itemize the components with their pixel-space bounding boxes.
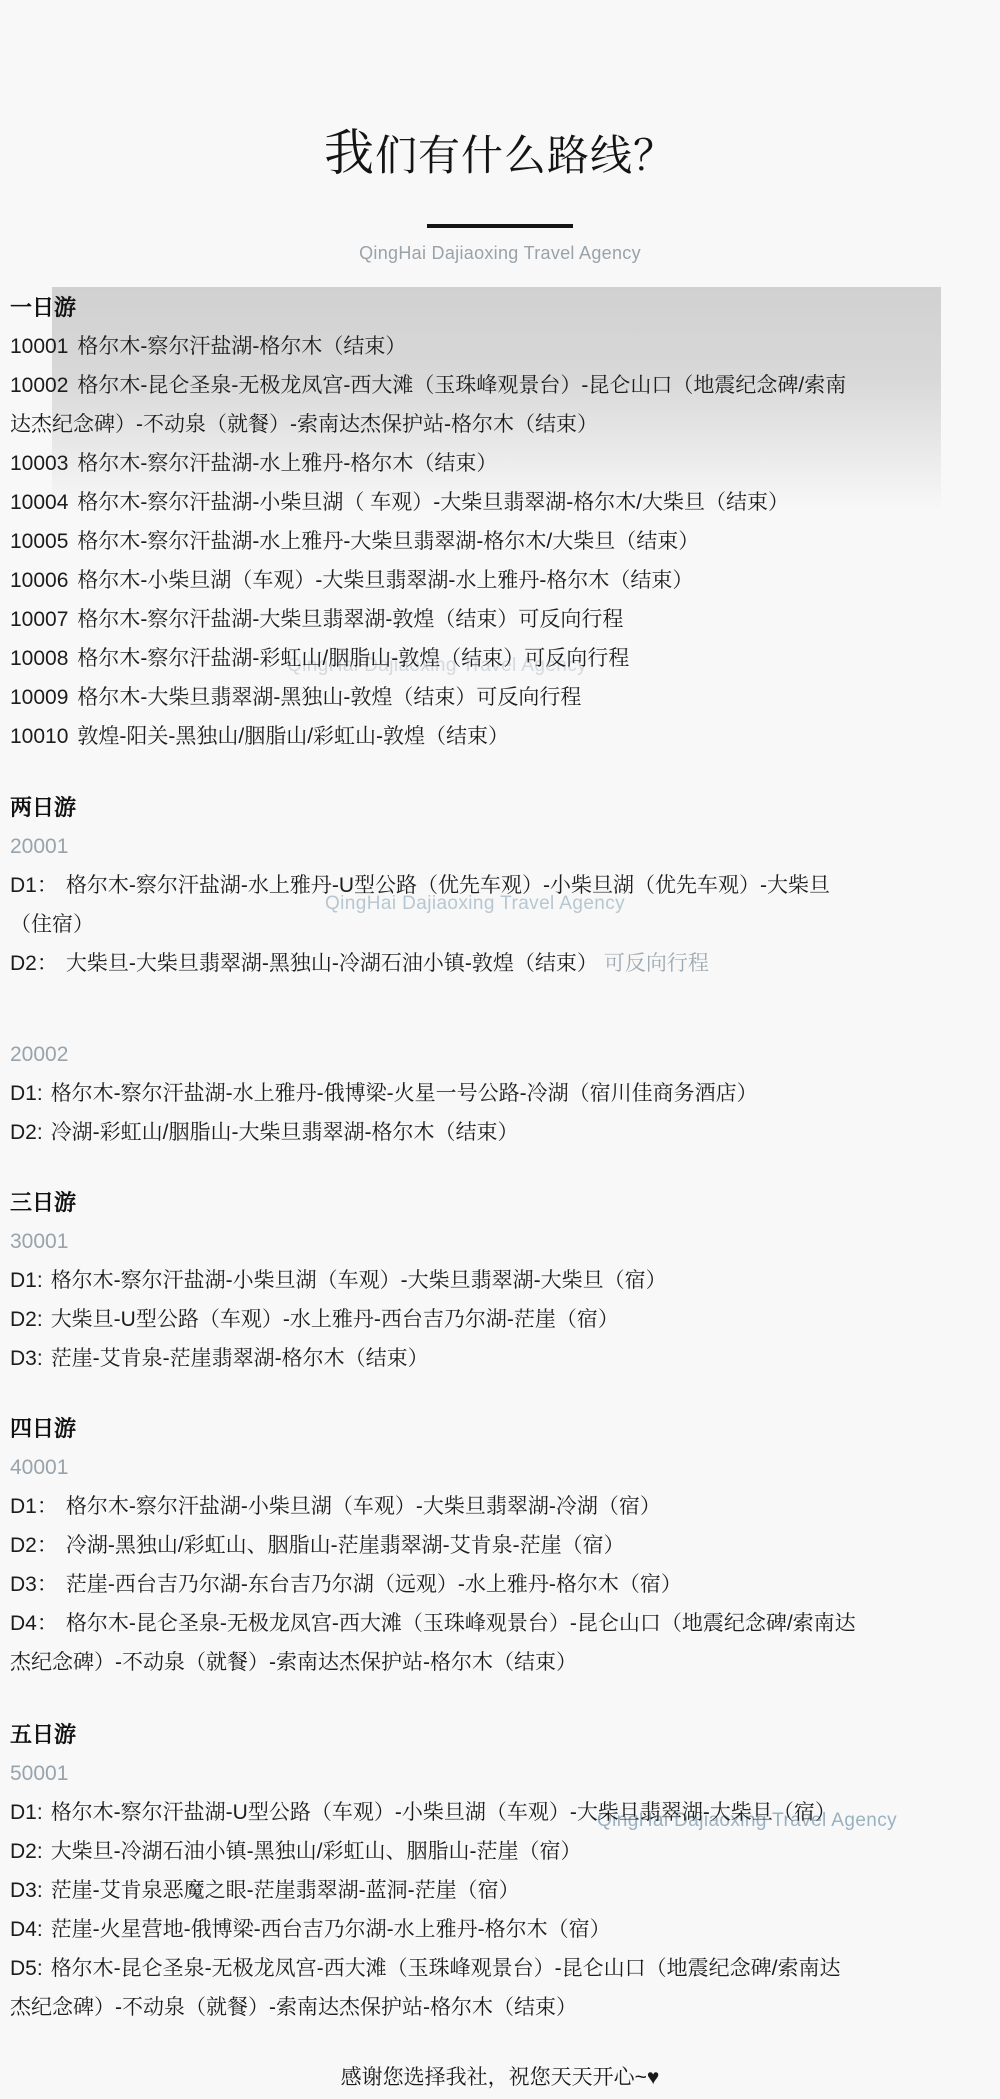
route-group-50001: 50001D1:格尔木-察尔汗盐湖-U型公路（车观）-小柴旦湖（车观）-大柴旦翡… bbox=[10, 1754, 964, 2027]
day-line: D2:冷湖-彩虹山/胭脂山-大柴旦翡翠湖-格尔木（结束） bbox=[10, 1113, 964, 1152]
day-line: D1:格尔木-察尔汗盐湖-小柴旦湖（车观）-大柴旦翡翠湖-大柴旦（宿） bbox=[10, 1261, 964, 1300]
day-label: D1: bbox=[10, 1082, 43, 1105]
section-heading: 四日游 bbox=[10, 1409, 964, 1448]
route-code-inline: 10010 bbox=[10, 725, 68, 748]
day-label: D3： bbox=[10, 1573, 58, 1596]
day-line: D1:格尔木-察尔汗盐湖-U型公路（车观）-小柴旦湖（车观）-大柴旦翡翠湖-大柴… bbox=[10, 1793, 964, 1832]
day-line: 杰纪念碑）-不动泉（就餐）-索南达杰保护站-格尔木（结束） bbox=[10, 1643, 964, 1682]
day-label: D1： bbox=[10, 874, 58, 897]
route-text: 格尔木-小柴旦湖（车观）-大柴旦翡翠湖-水上雅丹-格尔木（结束） bbox=[77, 569, 693, 592]
route-line: 10002格尔木-昆仑圣泉-无极龙凤宫-西大滩（玉珠峰观景台）-昆仑山口（地震纪… bbox=[10, 366, 964, 405]
day-line: （住宿） bbox=[10, 905, 964, 944]
day-line: D2：冷湖-黑独山/彩虹山、胭脂山-茫崖翡翠湖-艾肯泉-茫崖（宿） bbox=[10, 1526, 964, 1565]
route-code-inline: 10004 bbox=[10, 491, 68, 514]
tour-section-5: 五日游50001D1:格尔木-察尔汗盐湖-U型公路（车观）-小柴旦湖（车观）-大… bbox=[10, 1715, 964, 2027]
day-label: D1: bbox=[10, 1801, 43, 1824]
page-title-lead-char: 我 bbox=[324, 125, 375, 181]
day-line: D4:茫崖-火星营地-俄博梁-西台吉乃尔湖-水上雅丹-格尔木（宿） bbox=[10, 1910, 964, 1949]
route-text: 敦煌-阳关-黑独山/胭脂山/彩虹山-敦煌（结束） bbox=[77, 725, 509, 748]
route-code-inline: 10002 bbox=[10, 374, 68, 397]
route-line: 达杰纪念碑）-不动泉（就餐）-索南达杰保护站-格尔木（结束） bbox=[10, 405, 964, 444]
route-line: 10007格尔木-察尔汗盐湖-大柴旦翡翠湖-敦煌（结束）可反向行程 bbox=[10, 600, 964, 639]
route-code-inline: 10009 bbox=[10, 686, 68, 709]
day-label: D3: bbox=[10, 1347, 43, 1370]
route-line: 10001格尔木-察尔汗盐湖-格尔木（结束） bbox=[10, 327, 964, 366]
day-label: D4： bbox=[10, 1612, 58, 1635]
day-line: D1：格尔木-察尔汗盐湖-水上雅丹-U型公路（优先车观）-小柴旦湖（优先车观）-… bbox=[10, 866, 964, 905]
footer-text: 感谢您选择我社，祝您天天开心~ bbox=[341, 2066, 647, 2089]
day-label: D5: bbox=[10, 1957, 43, 1980]
day-text: 杰纪念碑）-不动泉（就餐）-索南达杰保护站-格尔木（结束） bbox=[10, 1651, 577, 1674]
day-line: D3:茫崖-艾肯泉-茫崖翡翠湖-格尔木（结束） bbox=[10, 1339, 964, 1378]
route-line: 10010敦煌-阳关-黑独山/胭脂山/彩虹山-敦煌（结束） bbox=[10, 717, 964, 756]
route-code-inline: 10005 bbox=[10, 530, 68, 553]
route-code: 20001 bbox=[10, 827, 964, 866]
route-code: 20002 bbox=[10, 1035, 964, 1074]
day-label: D2: bbox=[10, 1840, 43, 1863]
day-label: D2: bbox=[10, 1308, 43, 1331]
route-text: 格尔木-昆仑圣泉-无极龙凤宫-西大滩（玉珠峰观景台）-昆仑山口（地震纪念碑/索南 bbox=[77, 374, 846, 397]
day-text: 格尔木-察尔汗盐湖-小柴旦湖（车观）-大柴旦翡翠湖-大柴旦（宿） bbox=[51, 1269, 667, 1292]
day-text: 茫崖-西台吉乃尔湖-东台吉乃尔湖（远观）-水上雅丹-格尔木（宿） bbox=[66, 1573, 682, 1596]
route-text: 格尔木-察尔汗盐湖-小柴旦湖（ 车观）-大柴旦翡翠湖-格尔木/大柴旦（结束） bbox=[77, 491, 789, 514]
day-line: D1:格尔木-察尔汗盐湖-水上雅丹-俄博梁-火星一号公路-冷湖（宿川佳商务酒店） bbox=[10, 1074, 964, 1113]
day-text: 大柴旦-冷湖石油小镇-黑独山/彩虹山、胭脂山-茫崖（宿） bbox=[51, 1840, 582, 1863]
route-line: 10008格尔木-察尔汗盐湖-彩虹山/胭脂山-敦煌（结束）可反向行程 bbox=[10, 639, 964, 678]
section-heading: 五日游 bbox=[10, 1715, 964, 1754]
route-code-inline: 10001 bbox=[10, 335, 68, 358]
day-text: 茫崖-艾肯泉恶魔之眼-茫崖翡翠湖-蓝洞-茫崖（宿） bbox=[51, 1879, 520, 1902]
section-heading: 两日游 bbox=[10, 788, 964, 827]
route-code-inline: 10006 bbox=[10, 569, 68, 592]
route-code-inline: 10008 bbox=[10, 647, 68, 670]
day-text: 大柴旦-U型公路（车观）-水上雅丹-西台吉乃尔湖-茫崖（宿） bbox=[51, 1308, 619, 1331]
footer-message: 感谢您选择我社，祝您天天开心~♥ bbox=[0, 2063, 1000, 2093]
day-text: 杰纪念碑）-不动泉（就餐）-索南达杰保护站-格尔木（结束） bbox=[10, 1996, 577, 2019]
route-text: 格尔木-察尔汗盐湖-大柴旦翡翠湖-敦煌（结束）可反向行程 bbox=[77, 608, 623, 631]
route-line: 10009格尔木-大柴旦翡翠湖-黑独山-敦煌（结束）可反向行程 bbox=[10, 678, 964, 717]
day-label: D1： bbox=[10, 1495, 58, 1518]
day-label: D1: bbox=[10, 1269, 43, 1292]
route-code: 50001 bbox=[10, 1754, 964, 1793]
route-code: 30001 bbox=[10, 1222, 964, 1261]
route-list-page: QingHai Dajiaoxing Travel Agency QingHai… bbox=[0, 0, 1000, 2099]
route-text: 格尔木-察尔汗盐湖-格尔木（结束） bbox=[77, 335, 406, 358]
day-text: 格尔木-察尔汗盐湖-U型公路（车观）-小柴旦湖（车观）-大柴旦翡翠湖-大柴旦（宿… bbox=[51, 1801, 836, 1824]
day-label: D3: bbox=[10, 1879, 43, 1902]
route-text: 达杰纪念碑）-不动泉（就餐）-索南达杰保护站-格尔木（结束） bbox=[10, 413, 598, 436]
title-divider bbox=[427, 224, 573, 228]
day-text: 大柴旦-大柴旦翡翠湖-黑独山-冷湖石油小镇-敦煌（结束） bbox=[66, 952, 598, 975]
tour-section-3: 三日游30001D1:格尔木-察尔汗盐湖-小柴旦湖（车观）-大柴旦翡翠湖-大柴旦… bbox=[10, 1183, 964, 1378]
day-text: 格尔木-昆仑圣泉-无极龙凤宫-西大滩（玉珠峰观景台）-昆仑山口（地震纪念碑/索南… bbox=[66, 1612, 856, 1635]
day-label: D2： bbox=[10, 1534, 58, 1557]
sections: 一日游10001格尔木-察尔汗盐湖-格尔木（结束）10002格尔木-昆仑圣泉-无… bbox=[0, 288, 1000, 2027]
route-line: 10004格尔木-察尔汗盐湖-小柴旦湖（ 车观）-大柴旦翡翠湖-格尔木/大柴旦（… bbox=[10, 483, 964, 522]
route-line: 10003格尔木-察尔汗盐湖-水上雅丹-格尔木（结束） bbox=[10, 444, 964, 483]
day-text: 格尔木-察尔汗盐湖-小柴旦湖（车观）-大柴旦翡翠湖-冷湖（宿） bbox=[66, 1495, 661, 1518]
day-text: 格尔木-察尔汗盐湖-水上雅丹-俄博梁-火星一号公路-冷湖（宿川佳商务酒店） bbox=[51, 1082, 758, 1105]
route-line: 10005格尔木-察尔汗盐湖-水上雅丹-大柴旦翡翠湖-格尔木/大柴旦（结束） bbox=[10, 522, 964, 561]
day-line: D2:大柴旦-U型公路（车观）-水上雅丹-西台吉乃尔湖-茫崖（宿） bbox=[10, 1300, 964, 1339]
day-line: D4：格尔木-昆仑圣泉-无极龙凤宫-西大滩（玉珠峰观景台）-昆仑山口（地震纪念碑… bbox=[10, 1604, 964, 1643]
reversible-note: 可反向行程 bbox=[604, 952, 709, 975]
route-text: 格尔木-察尔汗盐湖-水上雅丹-大柴旦翡翠湖-格尔木/大柴旦（结束） bbox=[77, 530, 699, 553]
content: 我们有什么路线？ QingHai Dajiaoxing Travel Agenc… bbox=[0, 0, 1000, 2093]
tour-section-2: 两日游20001D1：格尔木-察尔汗盐湖-水上雅丹-U型公路（优先车观）-小柴旦… bbox=[10, 788, 964, 1152]
tour-section-1: 一日游10001格尔木-察尔汗盐湖-格尔木（结束）10002格尔木-昆仑圣泉-无… bbox=[10, 288, 964, 756]
day-label: D4: bbox=[10, 1918, 43, 1941]
route-code-inline: 10007 bbox=[10, 608, 68, 631]
day-text: 茫崖-火星营地-俄博梁-西台吉乃尔湖-水上雅丹-格尔木（宿） bbox=[51, 1918, 611, 1941]
day-line: D5:格尔木-昆仑圣泉-无极龙凤宫-西大滩（玉珠峰观景台）-昆仑山口（地震纪念碑… bbox=[10, 1949, 964, 1988]
route-line: 10006格尔木-小柴旦湖（车观）-大柴旦翡翠湖-水上雅丹-格尔木（结束） bbox=[10, 561, 964, 600]
route-group-20002: 20002D1:格尔木-察尔汗盐湖-水上雅丹-俄博梁-火星一号公路-冷湖（宿川佳… bbox=[10, 1035, 964, 1152]
day-line: D3:茫崖-艾肯泉恶魔之眼-茫崖翡翠湖-蓝洞-茫崖（宿） bbox=[10, 1871, 964, 1910]
day-text: 茫崖-艾肯泉-茫崖翡翠湖-格尔木（结束） bbox=[51, 1347, 429, 1370]
route-code: 40001 bbox=[10, 1448, 964, 1487]
route-code-inline: 10003 bbox=[10, 452, 68, 475]
heart-icon: ♥ bbox=[647, 2066, 659, 2089]
day-line: D2:大柴旦-冷湖石油小镇-黑独山/彩虹山、胭脂山-茫崖（宿） bbox=[10, 1832, 964, 1871]
day-line: 杰纪念碑）-不动泉（就餐）-索南达杰保护站-格尔木（结束） bbox=[10, 1988, 964, 2027]
route-group-40001: 40001D1：格尔木-察尔汗盐湖-小柴旦湖（车观）-大柴旦翡翠湖-冷湖（宿）D… bbox=[10, 1448, 964, 1682]
section-heading: 三日游 bbox=[10, 1183, 964, 1222]
day-text: （住宿） bbox=[10, 913, 94, 936]
agency-subtitle: QingHai Dajiaoxing Travel Agency bbox=[0, 242, 1000, 264]
route-group-30001: 30001D1:格尔木-察尔汗盐湖-小柴旦湖（车观）-大柴旦翡翠湖-大柴旦（宿）… bbox=[10, 1222, 964, 1378]
day-text: 冷湖-黑独山/彩虹山、胭脂山-茫崖翡翠湖-艾肯泉-茫崖（宿） bbox=[66, 1534, 625, 1557]
day-label: D2： bbox=[10, 952, 58, 975]
day-line: D3：茫崖-西台吉乃尔湖-东台吉乃尔湖（远观）-水上雅丹-格尔木（宿） bbox=[10, 1565, 964, 1604]
page-title-rest: 们有什么路线？ bbox=[375, 132, 676, 179]
day-text: 格尔木-察尔汗盐湖-水上雅丹-U型公路（优先车观）-小柴旦湖（优先车观）-大柴旦 bbox=[66, 874, 830, 897]
day-line: D1：格尔木-察尔汗盐湖-小柴旦湖（车观）-大柴旦翡翠湖-冷湖（宿） bbox=[10, 1487, 964, 1526]
tour-section-4: 四日游40001D1：格尔木-察尔汗盐湖-小柴旦湖（车观）-大柴旦翡翠湖-冷湖（… bbox=[10, 1409, 964, 1682]
route-text: 格尔木-察尔汗盐湖-彩虹山/胭脂山-敦煌（结束）可反向行程 bbox=[77, 647, 629, 670]
day-label: D2: bbox=[10, 1121, 43, 1144]
route-text: 格尔木-察尔汗盐湖-水上雅丹-格尔木（结束） bbox=[77, 452, 497, 475]
day-text: 冷湖-彩虹山/胭脂山-大柴旦翡翠湖-格尔木（结束） bbox=[51, 1121, 519, 1144]
page-title: 我们有什么路线？ bbox=[0, 0, 1000, 187]
day-line: D2：大柴旦-大柴旦翡翠湖-黑独山-冷湖石油小镇-敦煌（结束）可反向行程 bbox=[10, 944, 964, 983]
route-text: 格尔木-大柴旦翡翠湖-黑独山-敦煌（结束）可反向行程 bbox=[77, 686, 581, 709]
day-text: 格尔木-昆仑圣泉-无极龙凤宫-西大滩（玉珠峰观景台）-昆仑山口（地震纪念碑/索南… bbox=[51, 1957, 841, 1980]
section-heading: 一日游 bbox=[10, 288, 964, 327]
route-group-20001: 20001D1：格尔木-察尔汗盐湖-水上雅丹-U型公路（优先车观）-小柴旦湖（优… bbox=[10, 827, 964, 983]
